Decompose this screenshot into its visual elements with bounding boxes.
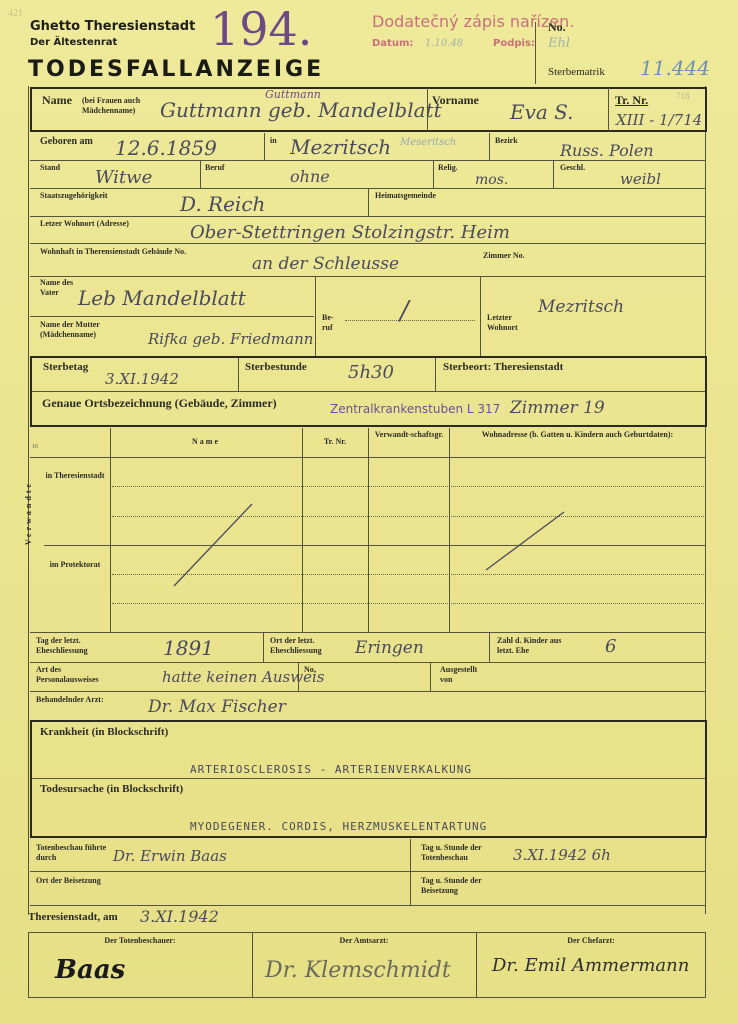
- ausweis-art-value: hatte keinen Ausweis: [162, 668, 324, 686]
- sig-chefarzt: Dr. Emil Ammermann: [492, 955, 689, 976]
- row-line: [30, 316, 314, 317]
- geburtsort-value: Mezritsch: [290, 135, 391, 159]
- corner-number: 421: [8, 8, 23, 19]
- eltern-beruf-value: /: [400, 296, 409, 326]
- sig-label-totenbeschauer: Der Totenbeschauer:: [28, 936, 252, 946]
- row-line: [32, 778, 705, 779]
- divider: [430, 663, 431, 691]
- ehe-tag-label: Tag der letzt. Eheschliessung: [36, 636, 116, 656]
- divider: [489, 633, 490, 662]
- beschau-tag-label: Tag u. Stunde der Totenbeschau: [421, 843, 511, 863]
- ehe-ort-label: Ort der letzt. Eheschliessung: [270, 636, 350, 656]
- row-line: [30, 457, 706, 458]
- todesursache-label: Todesursache (in Blockschrift): [40, 784, 183, 795]
- vorname-value: Eva S.: [510, 100, 574, 124]
- zimmer-label: Zimmer No.: [483, 251, 525, 261]
- wohnhaft-value: an der Schleusse: [252, 254, 399, 274]
- heimat-label: Heimatsgemeinde: [375, 191, 436, 201]
- divider: [608, 88, 609, 131]
- divider: [433, 161, 434, 188]
- vater-value: Leb Mandelblatt: [78, 286, 246, 310]
- org-council: Der Ältestenrat: [30, 37, 117, 48]
- row-line: [30, 216, 706, 217]
- krankheit-label: Krankheit (in Blockschrift): [40, 727, 168, 738]
- row-line: [30, 905, 706, 906]
- totenbeschau-label: Totenbeschau führte durch: [36, 843, 111, 863]
- row-line: [30, 243, 706, 244]
- ortsbezeichnung-stamp: Zentralkrankenstuben L 317: [330, 402, 500, 416]
- divider: [410, 839, 411, 905]
- group-label-theresienstadt: in Theresienstadt: [44, 471, 106, 481]
- strike-mark-name: [170, 500, 260, 590]
- ortsbezeichnung-label: Genaue Ortsbezeichnung (Gebäude, Zimmer): [42, 398, 277, 409]
- geschl-value: weibl: [620, 170, 661, 188]
- divider: [368, 189, 369, 216]
- geboren-label: Geboren am: [40, 136, 93, 147]
- dotted-line: [112, 603, 704, 604]
- col-line: [368, 428, 369, 632]
- divider: [298, 663, 299, 691]
- trnr-label: Tr. Nr.: [615, 93, 648, 108]
- sig-label-amtsarzt: Der Amtsarzt:: [252, 936, 476, 946]
- stamp-text: Dodatečný zápis nařízen.: [372, 12, 574, 31]
- place-date-value: 3.XI.1942: [140, 907, 219, 926]
- org-name: Ghetto Theresienstadt: [30, 19, 195, 34]
- name-label: Name: [42, 93, 72, 108]
- strike-mark-address: [480, 508, 570, 574]
- stamp-datum-label: Datum:: [372, 38, 413, 49]
- sterbematrik-value: 11.444: [640, 56, 710, 80]
- mutter-value: Rifka geb. Friedmann: [148, 330, 313, 348]
- ehe-ort-value: Eringen: [355, 638, 424, 658]
- divider: [200, 161, 201, 188]
- wohnort-value: Ober-Stettringen Stolzingstr. Heim: [190, 222, 510, 243]
- stand-label: Stand: [40, 163, 60, 173]
- divider: [238, 358, 239, 391]
- dotted-line: [345, 320, 475, 321]
- eltern-wohnort-label: Letzter Wohnort: [487, 313, 532, 333]
- stand-value: Witwe: [95, 167, 152, 188]
- col-header-name: Name: [110, 437, 302, 447]
- form-title: TODESFALLANZEIGE: [28, 57, 324, 82]
- vorname-label: Vorname: [432, 93, 479, 108]
- name-sublabel: (bei Frauen auch Mädchenname): [82, 96, 142, 116]
- geboren-value: 12.6.1859: [115, 136, 217, 160]
- no-label: No.: [548, 20, 566, 35]
- arzt-label: Behandelnder Arzt:: [36, 695, 104, 705]
- sterbematrik-label: Sterbematrik: [548, 66, 605, 78]
- trnr-value: XIII - 1/714: [616, 111, 702, 129]
- wohnhaft-label: Wohnhaft in Therensienstadt Gebäude No.: [40, 247, 186, 257]
- kinder-value: 6: [605, 636, 616, 657]
- geburtsort-label: in: [270, 136, 277, 146]
- beisetzung-ort-label: Ort der Beisetzung: [36, 876, 111, 886]
- stamp-podpis-value: Ehl: [548, 36, 570, 51]
- todesursache-value: MYODEGENER. CORDIS, HERZMUSKELENTARTUNG: [190, 820, 487, 833]
- staats-label: Staatszugehörigkeit: [40, 191, 108, 201]
- geburtsort-note: Meseritsch: [400, 137, 456, 148]
- divider: [553, 161, 554, 188]
- beruf-value: ohne: [290, 167, 330, 186]
- bezirk-label: Bezirk: [495, 136, 518, 146]
- arzt-value: Dr. Max Fischer: [148, 697, 286, 717]
- eltern-wohnort-value: Mezritsch: [538, 297, 624, 317]
- handwritten-file-number: 194.: [210, 2, 312, 56]
- death-certificate-form: Ghetto Theresienstadt Der Ältestenrat TO…: [0, 0, 738, 1024]
- sterbestunde-value: 5h30: [348, 362, 394, 383]
- row-line: [30, 871, 706, 872]
- sterbetag-label: Sterbetag: [43, 362, 88, 373]
- row-line: [44, 545, 706, 546]
- col-header-wohnadresse: Wohnadresse (b. Gatten u. Kindern auch G…: [455, 430, 700, 440]
- name-correction: Guttmann: [265, 88, 321, 101]
- wohnort-label: Letzer Wohnort (Adresse): [40, 219, 129, 229]
- sterbeort-label: Sterbeort: Theresienstadt: [443, 362, 563, 373]
- header-divider: [535, 22, 536, 84]
- bezirk-value: Russ. Polen: [560, 141, 654, 160]
- beruf-label: Beruf: [205, 163, 225, 173]
- ausgestellt-label: Ausgestellt von: [440, 665, 490, 685]
- row-line: [30, 662, 706, 663]
- col-line: [449, 428, 450, 632]
- ausweis-no-label: No.: [304, 665, 316, 675]
- col-header-trnr: Tr. Nr.: [302, 437, 368, 447]
- sig-amtsarzt: Dr. Klemschmidt: [265, 958, 451, 983]
- verwandte-side-label: Verwandte: [24, 481, 34, 545]
- krankheit-value: ARTERIOSCLEROSIS - ARTERIENVERKALKUNG: [190, 763, 472, 776]
- place-date-label: Theresienstadt, am: [28, 911, 118, 923]
- relatives-number: 16: [32, 444, 38, 450]
- sig-totenbeschauer: Baas: [55, 955, 125, 985]
- trnr-faint: 718: [676, 91, 690, 101]
- col-line: [110, 428, 111, 632]
- geschl-label: Geschl.: [560, 163, 585, 173]
- row-line: [32, 391, 705, 392]
- totenbeschau-value: Dr. Erwin Baas: [113, 847, 227, 865]
- beschau-tag-value: 3.XI.1942 6h: [513, 846, 611, 864]
- row-line: [30, 691, 706, 692]
- group-label-protektorat: im Protektorat: [44, 560, 106, 570]
- col-line: [302, 428, 303, 632]
- name-value: Guttmann geb. Mandelblatt: [160, 98, 442, 122]
- staats-value: D. Reich: [180, 192, 265, 216]
- stamp-podpis-label: Podpis:: [493, 38, 535, 49]
- divider: [427, 88, 428, 131]
- divider: [263, 633, 264, 662]
- stamp-datum-value: 1.10.48: [425, 38, 463, 49]
- divider: [264, 133, 265, 160]
- beisetzung-tag-label: Tag u. Stunde der Beisetzung: [421, 876, 511, 896]
- row-line: [30, 160, 706, 161]
- row-line: [30, 276, 706, 277]
- ehe-tag-value: 1891: [163, 636, 214, 660]
- divider: [315, 277, 316, 356]
- dotted-line: [112, 486, 704, 487]
- divider: [480, 277, 481, 356]
- mutter-label: Name der Mutter (Mädchenname): [40, 320, 150, 340]
- ortsbezeichnung-value: Zimmer 19: [510, 398, 605, 418]
- kinder-label: Zahl d. Kinder aus letzt. Ehe: [497, 636, 577, 656]
- relig-value: mos.: [475, 172, 508, 188]
- sterbetag-value: 3.XI.1942: [105, 370, 179, 388]
- col-header-verwandtschaft: Verwandt-schaftsgr.: [370, 430, 448, 440]
- row-line: [30, 632, 706, 633]
- divider: [435, 358, 436, 391]
- ausweis-art-label: Art des Personalausweises: [36, 665, 116, 685]
- eltern-beruf-label: Be- ruf: [322, 313, 342, 333]
- sig-label-chefarzt: Der Chefarzt:: [476, 936, 706, 946]
- sterbestunde-label: Sterbestunde: [245, 362, 307, 373]
- relig-label: Relig.: [438, 163, 458, 173]
- divider: [489, 133, 490, 160]
